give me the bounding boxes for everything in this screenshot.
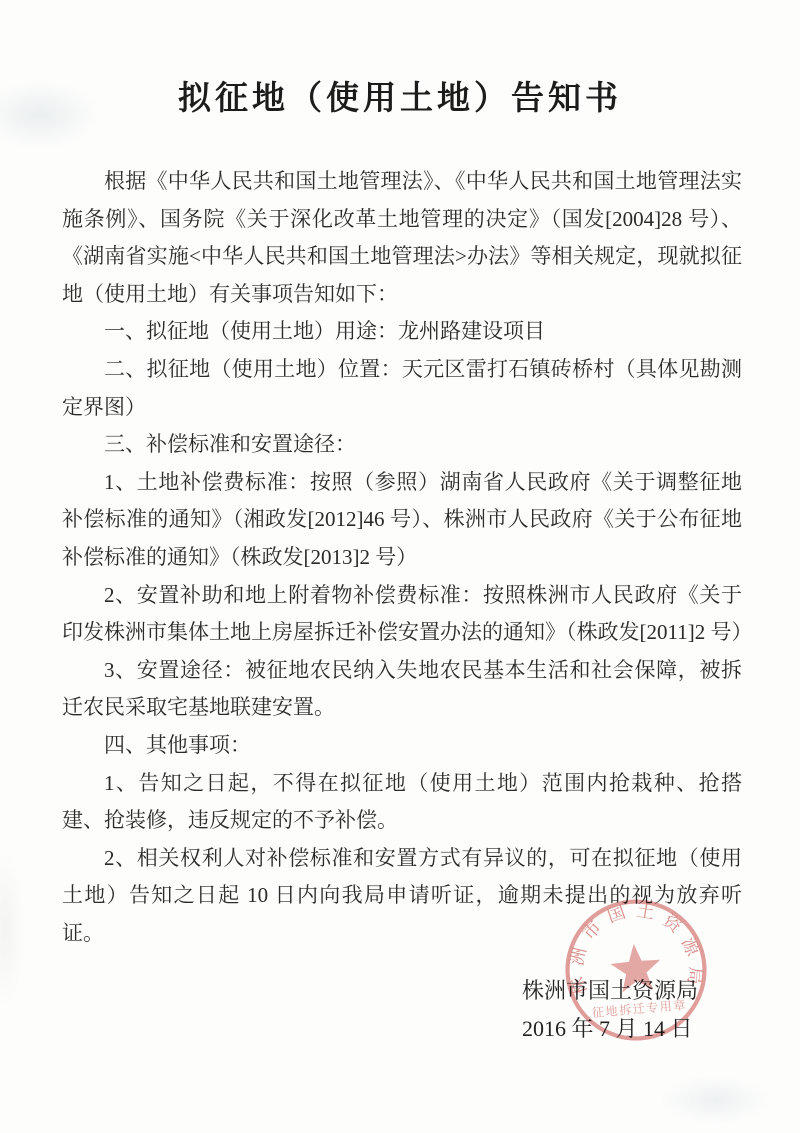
paragraph: 3、安置途径：被征地农民纳入失地农民基本生活和社会保障，被拆迁农民采取宅基地联建… xyxy=(62,652,742,727)
signature-date: 2016 年 7 月 14 日 xyxy=(522,1010,698,1048)
paragraph: 一、拟征地（使用土地）用途：龙州路建设项目 xyxy=(62,313,742,351)
paragraph: 1、告知之日起，不得在拟征地（使用土地）范围内抢栽种、抢搭建、抢装修，违反规定的… xyxy=(62,765,742,840)
document-body: 根据《中华人民共和国土地管理法》、《中华人民共和国土地管理法实施条例》、国务院《… xyxy=(62,163,742,952)
scan-smudge xyxy=(0,850,25,1010)
paragraph: 1、土地补偿费标准：按照（参照）湖南省人民政府《关于调整征地补偿标准的通知》（湘… xyxy=(62,464,742,577)
paragraph: 三、补偿标准和安置途径： xyxy=(62,426,742,464)
paragraph: 2、相关权利人对补偿标准和安置方式有异议的，可在拟征地（使用土地）告知之日起 1… xyxy=(62,840,742,953)
paragraph: 根据《中华人民共和国土地管理法》、《中华人民共和国土地管理法实施条例》、国务院《… xyxy=(62,163,742,313)
paragraph: 2、安置补助和地上附着物补偿费标准：按照株洲市人民政府《关于印发株洲市集体土地上… xyxy=(62,577,742,652)
document-title: 拟征地（使用土地）告知书 xyxy=(0,0,800,119)
document-page: 拟征地（使用土地）告知书 根据《中华人民共和国土地管理法》、《中华人民共和国土地… xyxy=(0,0,800,1133)
paragraph: 二、拟征地（使用土地）位置：天元区雷打石镇砖桥村（具体见勘测定界图） xyxy=(62,351,742,426)
signature-block: 株洲市国土资源局 2016 年 7 月 14 日 xyxy=(522,972,698,1048)
paragraph: 四、其他事项： xyxy=(62,727,742,765)
scan-smudge xyxy=(660,1075,770,1125)
signature-agency: 株洲市国土资源局 xyxy=(522,972,698,1010)
